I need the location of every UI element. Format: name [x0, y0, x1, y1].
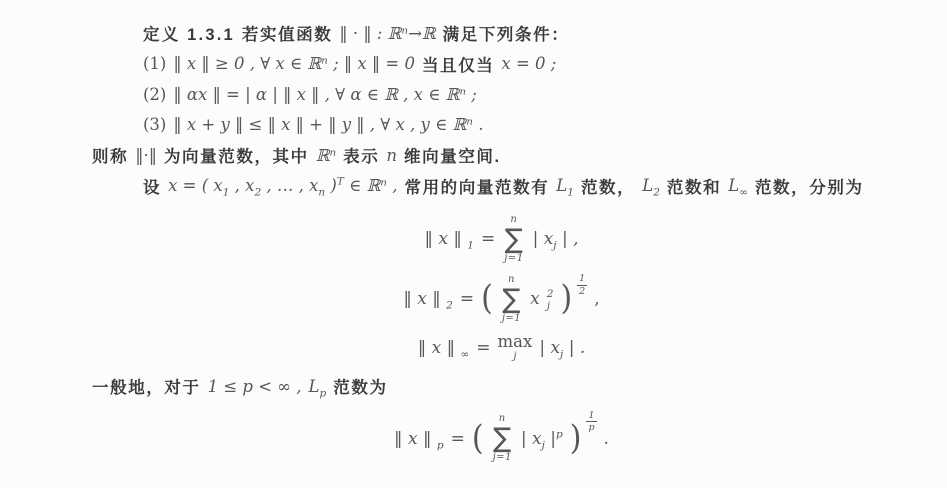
- sum-upper-limit: n: [508, 275, 515, 285]
- general-case-line: 一般地，对于 1 ≤ p < ∞ , Lp 范数为: [0, 371, 947, 402]
- equals-sign: =: [460, 289, 474, 309]
- equals-sign: =: [476, 338, 490, 358]
- squared-sub-j: 2j: [547, 289, 554, 312]
- condition-1-math: ‖ x ‖ ≥ 0 , ∀ x ∈ ℝⁿ ; ‖ x ‖ = 0: [173, 54, 415, 73]
- setup-pre: 设: [143, 174, 161, 198]
- vector-setup: 设 x = ( x1 , x2 , … , xn )T ∈ ℝⁿ , 常用的向量…: [0, 171, 947, 202]
- condition-3-math: ‖ x + y ‖ ≤ ‖ x ‖ + ‖ y ‖ , ∀ x , y ∈ ℝⁿ…: [173, 115, 483, 134]
- norm-statement: 则称 ‖·‖ 为向量范数，其中 ℝⁿ 表示 n 维向量空间.: [0, 140, 947, 171]
- formula-l1-norm: ‖ x ‖ 1 = n ∑ j=1 | xj | ,: [0, 211, 947, 267]
- close-paren: ): [570, 422, 582, 456]
- sum-lower-limit: j=1: [493, 453, 512, 463]
- lp-tail-period: .: [604, 429, 609, 449]
- sum-lower-limit: j=1: [502, 314, 521, 324]
- setup-text-2: 范数和: [667, 174, 721, 198]
- lp-norm-name: Lp: [309, 377, 327, 396]
- norm-symbol: ‖·‖: [135, 146, 157, 165]
- l2-body-variable: x: [530, 289, 540, 309]
- vector-definition: x = ( x1 , x2 , … , xn )T ∈ ℝⁿ ,: [168, 176, 397, 195]
- sigma-glyph: ∑: [493, 424, 511, 453]
- equals-sign: =: [451, 429, 465, 449]
- condition-2-math: ‖ αx ‖ = | α | ‖ x ‖ , ∀ α ∈ ℝ , x ∈ ℝⁿ …: [173, 85, 477, 104]
- condition-3: (3) ‖ x + y ‖ ≤ ‖ x ‖ + ‖ y ‖ , ∀ x , y …: [0, 110, 947, 141]
- statement-post: 维向量空间.: [404, 143, 501, 167]
- formula-linf-norm: ‖ x ‖ ∞ = max j | xj | .: [0, 329, 947, 367]
- linf-lhs: ‖ x ‖ ∞: [418, 338, 470, 358]
- condition-1-number: (1): [143, 54, 166, 73]
- formula-lp-norm: ‖ x ‖ p = ( n ∑ j=1 | xj |p ) 1 p .: [0, 408, 947, 470]
- lp-lhs: ‖ x ‖ p: [394, 429, 444, 449]
- l2-lhs: ‖ x ‖ 2: [403, 289, 453, 309]
- general-post: 范数为: [333, 374, 387, 398]
- norm-function-notation: ‖ · ‖ : ℝⁿ→ℝ: [339, 24, 435, 43]
- exponent-one-over-p: 1 p: [586, 411, 596, 433]
- l2-tail-comma: ,: [594, 289, 599, 309]
- statement-mid2: 表示: [343, 143, 379, 167]
- close-paren: ): [560, 282, 572, 316]
- p-range-math: 1 ≤ p < ∞ ,: [208, 377, 302, 396]
- definition-heading: 定义 1.3.1 若实值函数 ‖ · ‖ : ℝⁿ→ℝ 满足下列条件：: [0, 18, 947, 49]
- open-paren: (: [481, 282, 493, 316]
- l2-norm-name: L2: [642, 176, 660, 195]
- linf-body: | xj | .: [539, 338, 585, 358]
- sum-lower-limit: j=1: [504, 254, 523, 264]
- definition-pre-text: 若实值函数: [242, 21, 333, 45]
- definition-post-text: 满足下列条件：: [443, 21, 570, 45]
- condition-1-text: 当且仅当: [422, 52, 494, 76]
- setup-text-1: 范数，: [581, 174, 635, 198]
- exponent-one-half: 1 2: [577, 274, 587, 296]
- l1-lhs: ‖ x ‖ 1: [424, 229, 474, 249]
- sigma-glyph: ∑: [502, 285, 520, 314]
- dimension-variable: n: [386, 146, 397, 165]
- equals-sign: =: [481, 229, 495, 249]
- setup-mid: 常用的向量范数有: [404, 174, 549, 198]
- summation-symbol: n ∑ j=1: [493, 414, 512, 463]
- formula-l2-norm: ‖ x ‖ 2 = ( n ∑ j=1 x 2j ) 1 2 ,: [0, 271, 947, 327]
- condition-3-number: (3): [143, 115, 166, 134]
- lp-body: | xj |p: [521, 429, 563, 449]
- condition-1: (1) ‖ x ‖ ≥ 0 , ∀ x ∈ ℝⁿ ; ‖ x ‖ = 0 当且仅…: [0, 49, 947, 80]
- l1-norm-name: L1: [556, 176, 574, 195]
- linf-norm-name: L∞: [728, 176, 748, 195]
- summation-symbol: n ∑ j=1: [502, 275, 521, 324]
- setup-text-3: 范数，分别为: [755, 174, 864, 198]
- real-space-symbol: ℝⁿ: [316, 146, 336, 165]
- definition-label: 定义 1.3.1: [143, 21, 235, 45]
- condition-1-math-tail: x = 0 ;: [501, 54, 556, 73]
- general-pre: 一般地，对于: [92, 374, 201, 398]
- sigma-glyph: ∑: [505, 225, 523, 254]
- statement-pre: 则称: [92, 143, 128, 167]
- max-operator: max j: [498, 334, 533, 363]
- l1-body: | xj | ,: [533, 229, 579, 249]
- statement-mid: 为向量范数，其中: [164, 143, 309, 167]
- condition-2-number: (2): [143, 85, 166, 104]
- textbook-page: 定义 1.3.1 若实值函数 ‖ · ‖ : ℝⁿ→ℝ 满足下列条件： (1) …: [0, 0, 947, 488]
- sum-upper-limit: n: [510, 215, 517, 225]
- summation-symbol: n ∑ j=1: [504, 215, 523, 264]
- open-paren: (: [472, 422, 484, 456]
- condition-2: (2) ‖ αx ‖ = | α | ‖ x ‖ , ∀ α ∈ ℝ , x ∈…: [0, 79, 947, 110]
